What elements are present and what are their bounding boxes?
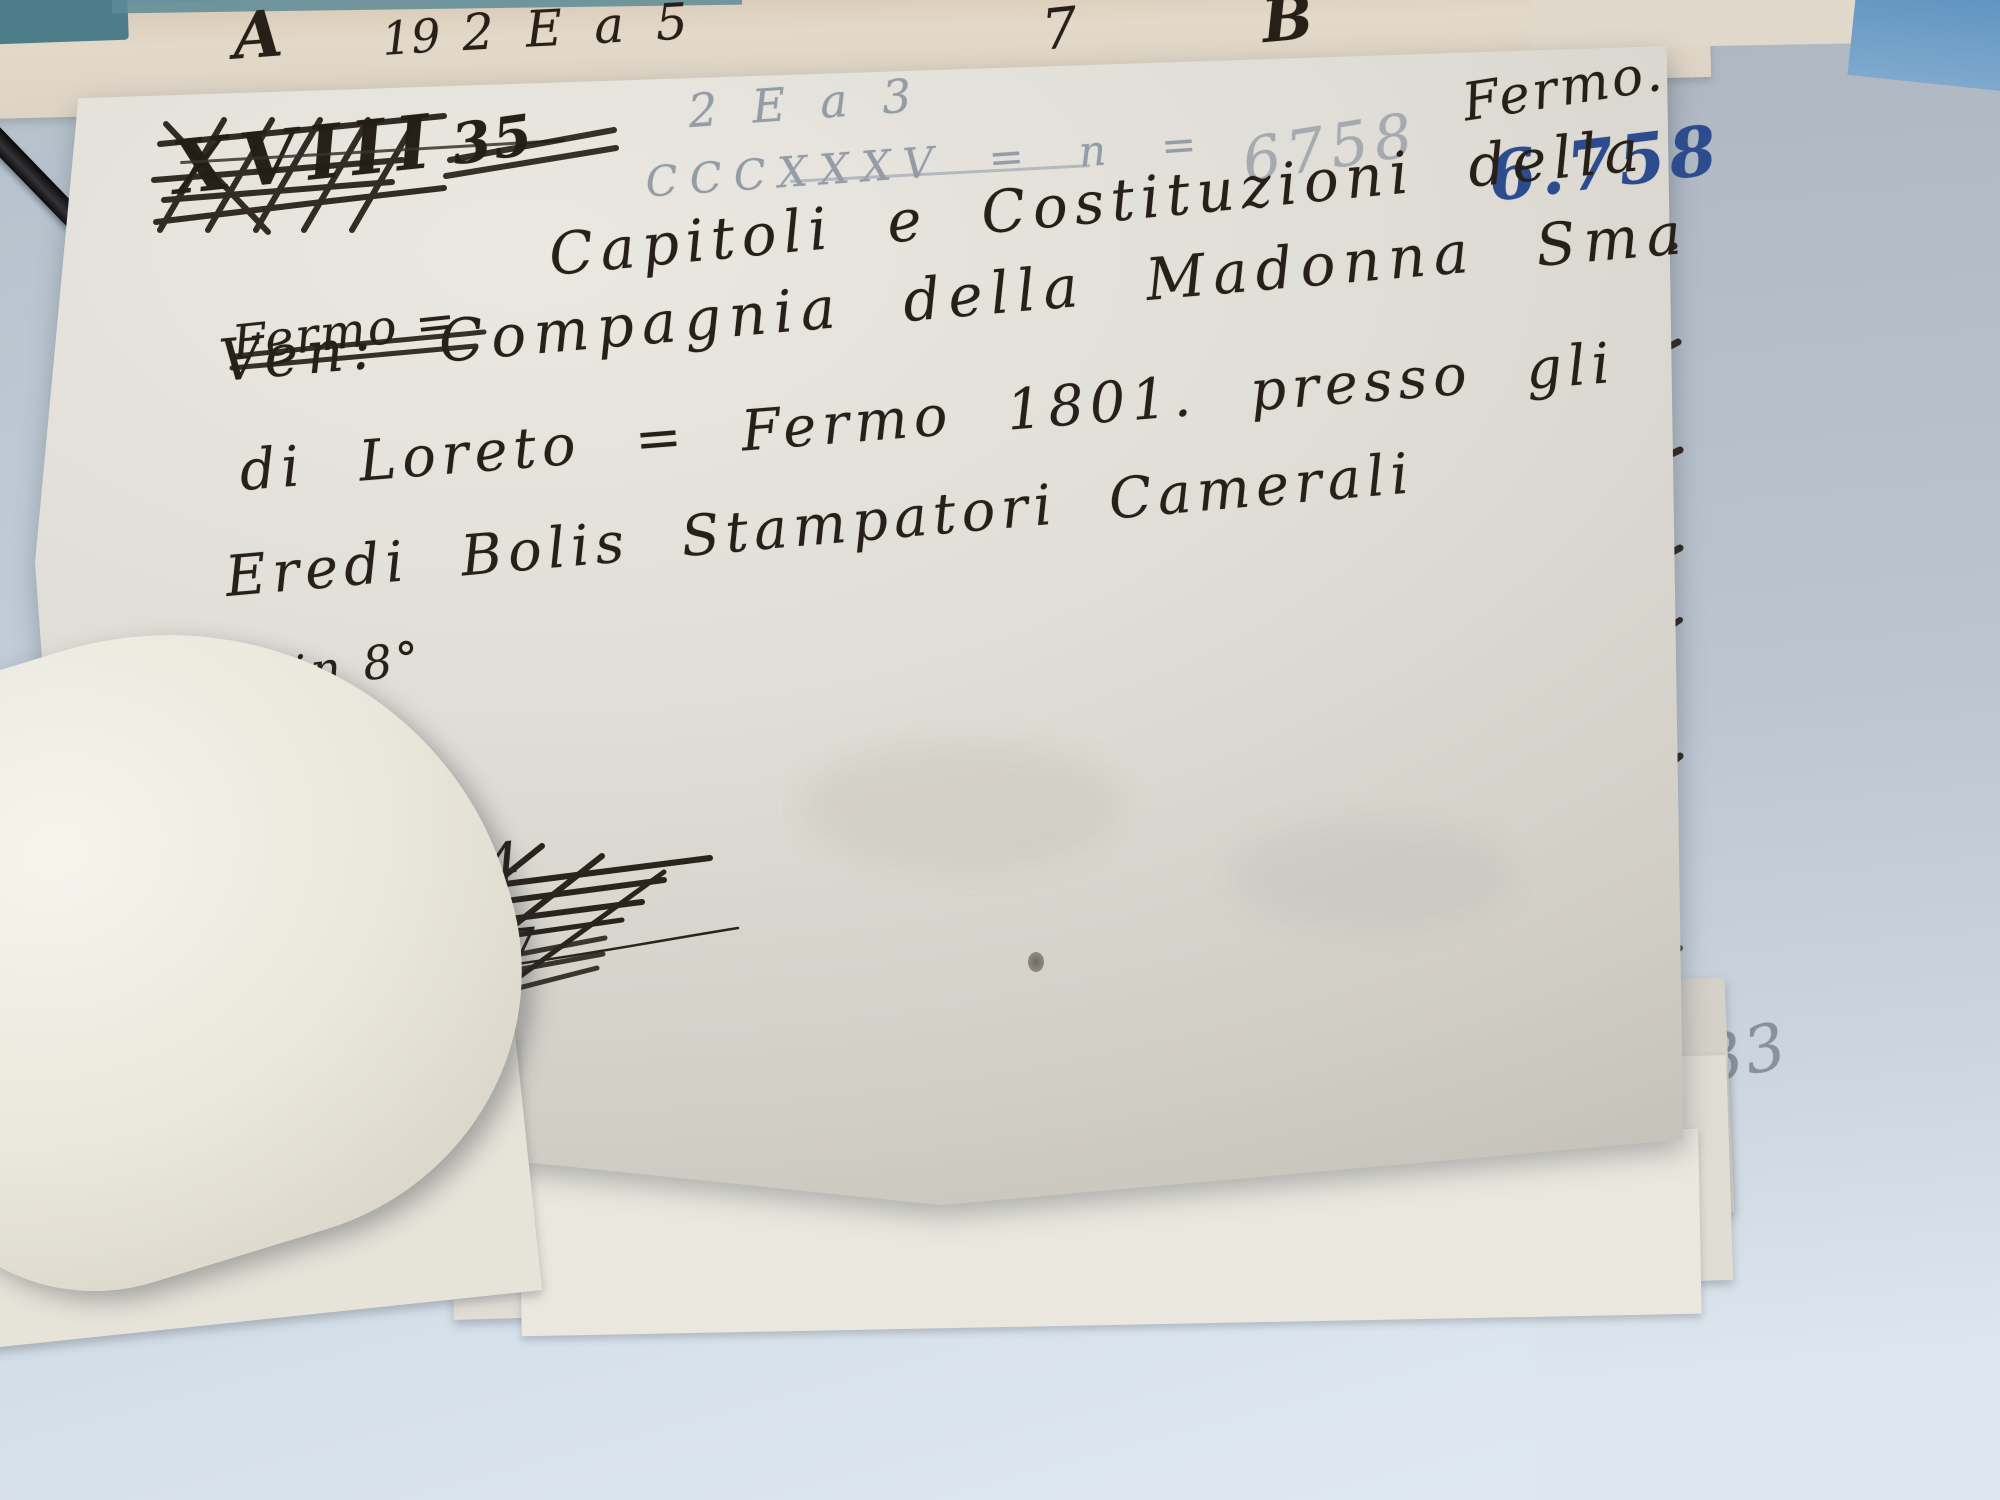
hatch-strokes-over-xviii bbox=[150, 102, 450, 247]
paper-hole bbox=[1028, 952, 1044, 972]
paper-stain bbox=[800, 740, 1120, 870]
strike-over-35 bbox=[438, 100, 628, 205]
paper-stain-2 bbox=[1230, 820, 1510, 930]
photo-scene: 33 A 19 2 E a 5 7 B XVIII bbox=[0, 0, 2000, 1500]
